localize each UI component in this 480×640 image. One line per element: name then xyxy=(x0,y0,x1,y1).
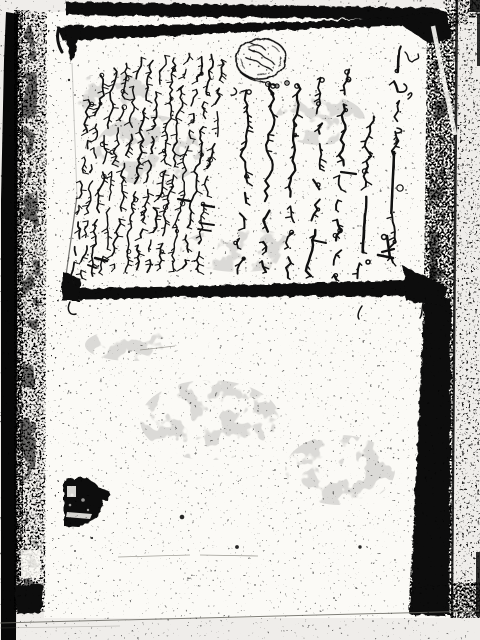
manuscript-scan xyxy=(0,0,480,640)
photocopy-dust xyxy=(0,0,480,640)
global-dust xyxy=(0,0,480,640)
scan-canvas xyxy=(0,0,480,640)
